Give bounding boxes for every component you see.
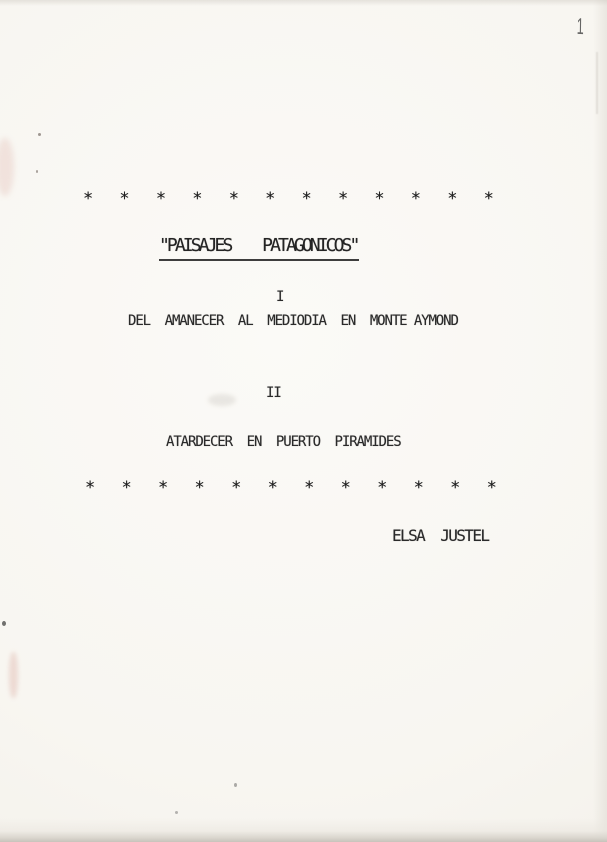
asterisk-icon: *	[192, 191, 202, 207]
asterisk-icon: *	[156, 191, 166, 207]
asterisk-icon: *	[83, 191, 93, 207]
asterisk-icon: *	[304, 480, 314, 496]
section-2-heading: ATARDECER EN PUERTO PIRAMIDES	[166, 435, 401, 449]
asterisk-icon: *	[484, 191, 494, 207]
asterisk-icon: *	[229, 191, 239, 207]
asterisk-icon: *	[377, 480, 387, 496]
asterisk-icon: *	[411, 191, 421, 207]
asterisk-icon: *	[122, 480, 132, 496]
section-1-numeral: I	[276, 290, 283, 304]
paper-background	[0, 0, 607, 842]
asterisk-icon: *	[447, 191, 457, 207]
scanned-document-page: 1 ************ "PAISAJES PATAGONICOS" I …	[0, 0, 607, 842]
asterisk-icon: *	[231, 480, 241, 496]
section-2-numeral: II	[266, 386, 281, 400]
section-1-heading: DEL AMANECER AL MEDIODIA EN MONTE AYMOND	[128, 314, 458, 328]
page-number: 1	[576, 13, 583, 40]
asterisk-icon: *	[302, 191, 312, 207]
author-name: ELSA JUSTEL	[392, 528, 488, 544]
asterisk-icon: *	[119, 191, 129, 207]
asterisk-icon: *	[450, 480, 460, 496]
asterisk-icon: *	[338, 191, 348, 207]
asterisk-icon: *	[414, 480, 424, 496]
asterisk-icon: *	[268, 480, 278, 496]
document-title: "PAISAJES PATAGONICOS"	[159, 237, 359, 261]
asterisk-icon: *	[195, 480, 205, 496]
asterisk-separator-top: ************	[83, 191, 494, 207]
asterisk-icon: *	[487, 480, 497, 496]
asterisk-separator-bottom: ************	[85, 480, 497, 496]
asterisk-icon: *	[265, 191, 275, 207]
asterisk-icon: *	[85, 480, 95, 496]
asterisk-icon: *	[374, 191, 384, 207]
asterisk-icon: *	[341, 480, 351, 496]
asterisk-icon: *	[158, 480, 168, 496]
